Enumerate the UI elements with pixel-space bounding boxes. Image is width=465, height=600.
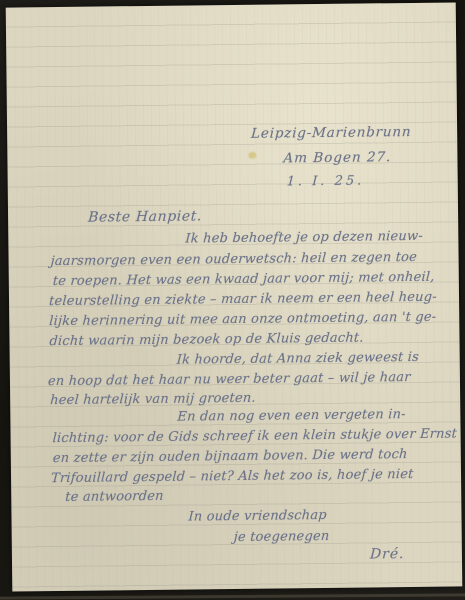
letter-line: en zette er zijn ouden bijnaam boven. Di… <box>52 447 408 466</box>
letter-line: lijke herinnering uit mee aan onze ontmo… <box>49 310 437 329</box>
letter-date: 1. I. 25. <box>286 174 364 190</box>
letter-line: lichting: voor de Gids schreef ik een kl… <box>52 426 457 446</box>
letter-line: heel hartelijk van mij groeten. <box>50 391 256 408</box>
letter-line: te antwoorden <box>65 489 164 505</box>
letter-salutation: Beste Hanpiet. <box>88 208 203 225</box>
letter-line: teleurstelling en ziekte – maar ik neem … <box>49 290 438 309</box>
letter-line: te roepen. Het was een kwaad jaar voor m… <box>52 270 435 289</box>
letter-line: Trifouillard gespeld – niet? Als het zoo… <box>51 467 414 486</box>
letter-line: jaarsmorgen even een ouderwetsch: heil e… <box>50 250 417 269</box>
letter-sheet: Leipzig-Marienbrunn Am Bogen 27. 1. I. 2… <box>6 2 463 591</box>
letter-line: Ik hoorde, dat Anna ziek geweest is <box>176 350 419 368</box>
letter-line: En dan nog even een vergeten in- <box>177 407 406 425</box>
photo-mount: Leipzig-Marienbrunn Am Bogen 27. 1. I. 2… <box>0 0 465 600</box>
letter-closing-line: In oude vriendschap <box>188 508 327 525</box>
letter-line: Ik heb behoefte je op dezen nieuw- <box>185 229 423 247</box>
paper-stain <box>248 152 256 159</box>
mount-edge <box>0 593 465 599</box>
letter-line: dicht waarin mijn bezoek op de Kluis ged… <box>49 331 364 350</box>
letter-street: Am Bogen 27. <box>283 149 392 166</box>
letter-place: Leipzig-Marienbrunn <box>251 124 412 142</box>
letter-signature: Dré. <box>369 546 405 562</box>
letter-closing-line: je toegenegen <box>233 529 330 545</box>
letter-line: en hoop dat het haar nu weer beter gaat … <box>48 370 412 389</box>
